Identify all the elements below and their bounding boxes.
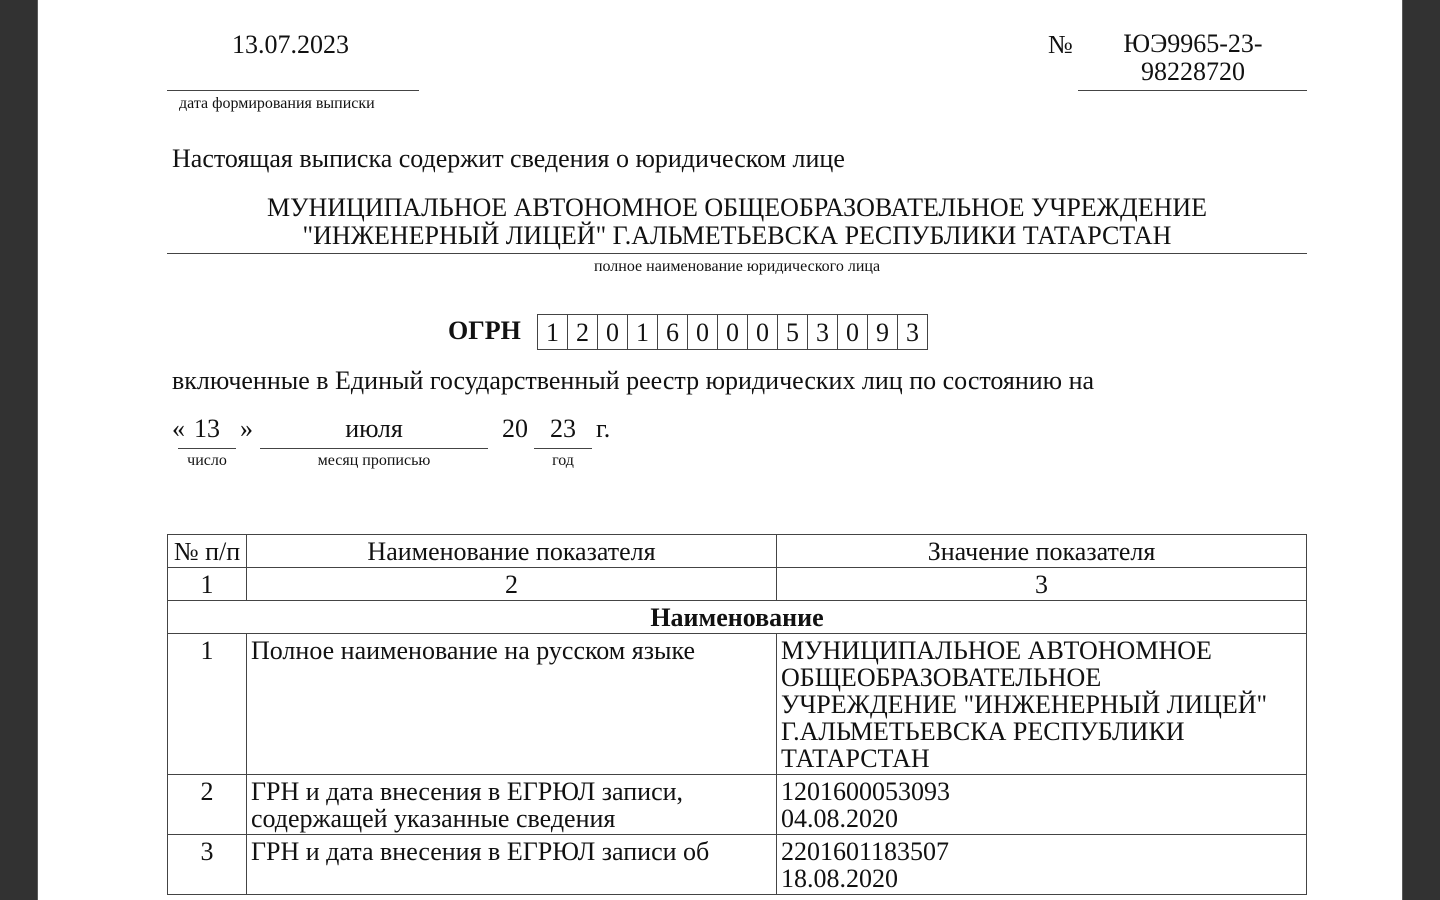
row-number: 1 [168, 634, 247, 775]
state-month: июля [260, 414, 488, 444]
ogrn-digit: 1 [628, 314, 658, 350]
year-underline [534, 448, 592, 449]
ogrn-digit: 0 [838, 314, 868, 350]
ogrn-digit: 3 [808, 314, 838, 350]
ogrn-digit: 0 [598, 314, 628, 350]
month-underline [260, 448, 488, 449]
row-number: 3 [168, 835, 247, 895]
table-row: 3 ГРН и дата внесения в ЕГРЮЛ записи об … [168, 835, 1307, 895]
ogrn-digit: 6 [658, 314, 688, 350]
row-indicator-value: МУНИЦИПАЛЬНОЕ АВТОНОМНОЕ ОБЩЕОБРАЗОВАТЕЛ… [777, 634, 1307, 775]
ogrn-digit: 3 [898, 314, 928, 350]
register-table: № п/п Наименование показателя Значение п… [167, 534, 1307, 895]
column-number-3: 3 [777, 568, 1307, 601]
included-text: включенные в Единый государственный реес… [172, 366, 1094, 396]
header-indicator-value: Значение показателя [777, 535, 1307, 568]
ogrn-digit: 0 [718, 314, 748, 350]
day-underline [178, 448, 236, 449]
intro-text: Настоящая выписка содержит сведения о юр… [172, 144, 845, 174]
header-number: № п/п [168, 535, 247, 568]
close-quote: » [240, 414, 253, 444]
column-number-1: 1 [168, 568, 247, 601]
state-century: 20 [502, 414, 528, 444]
ogrn-digit: 5 [778, 314, 808, 350]
row-indicator-name: Полное наименование на русском языке [247, 634, 777, 775]
row-indicator-name: ГРН и дата внесения в ЕГРЮЛ записи об [247, 835, 777, 895]
ogrn-digit: 9 [868, 314, 898, 350]
table-row: 2 ГРН и дата внесения в ЕГРЮЛ записи, со… [168, 775, 1307, 835]
formation-date-underline [167, 90, 419, 91]
column-number-2: 2 [247, 568, 777, 601]
table-header-row: № п/п Наименование показателя Значение п… [168, 535, 1307, 568]
state-day: 13 [194, 414, 220, 444]
organization-name-underline [167, 253, 1307, 254]
organization-name-caption: полное наименование юридического лица [167, 258, 1307, 276]
ogrn-digit: 0 [748, 314, 778, 350]
open-quote: « [172, 414, 185, 444]
year-caption: год [534, 452, 592, 470]
row-indicator-value: 2201601183507 18.08.2020 [777, 835, 1307, 895]
row-indicator-name: ГРН и дата внесения в ЕГРЮЛ записи, соде… [247, 775, 777, 835]
extract-number: ЮЭ9965-23- 98228720 [1118, 30, 1268, 86]
ogrn-label: ОГРН [448, 316, 521, 346]
month-caption: месяц прописью [260, 452, 488, 470]
day-caption: число [178, 452, 236, 470]
table-row: 1 Полное наименование на русском языке М… [168, 634, 1307, 775]
extract-number-underline [1078, 90, 1307, 91]
ogrn-digit-boxes: 1201600053093 [537, 314, 928, 350]
row-number: 2 [168, 775, 247, 835]
row-indicator-value: 1201600053093 04.08.2020 [777, 775, 1307, 835]
document-page: 13.07.2023 дата формирования выписки № Ю… [37, 0, 1403, 900]
ogrn-digit: 1 [538, 314, 568, 350]
section-row: Наименование [168, 601, 1307, 634]
column-numbers-row: 1 2 3 [168, 568, 1307, 601]
section-title: Наименование [168, 601, 1307, 634]
formation-date-caption: дата формирования выписки [179, 95, 375, 113]
ogrn-digit: 2 [568, 314, 598, 350]
organization-full-name: МУНИЦИПАЛЬНОЕ АВТОНОМНОЕ ОБЩЕОБРАЗОВАТЕЛ… [167, 194, 1307, 250]
state-year: 23 [534, 414, 592, 444]
year-suffix: г. [596, 414, 610, 444]
formation-date: 13.07.2023 [232, 30, 349, 60]
ogrn-digit: 0 [688, 314, 718, 350]
number-sign: № [1048, 30, 1073, 60]
state-date: « 13 число » июля месяц прописью 20 23 г… [172, 414, 672, 474]
header-indicator-name: Наименование показателя [247, 535, 777, 568]
